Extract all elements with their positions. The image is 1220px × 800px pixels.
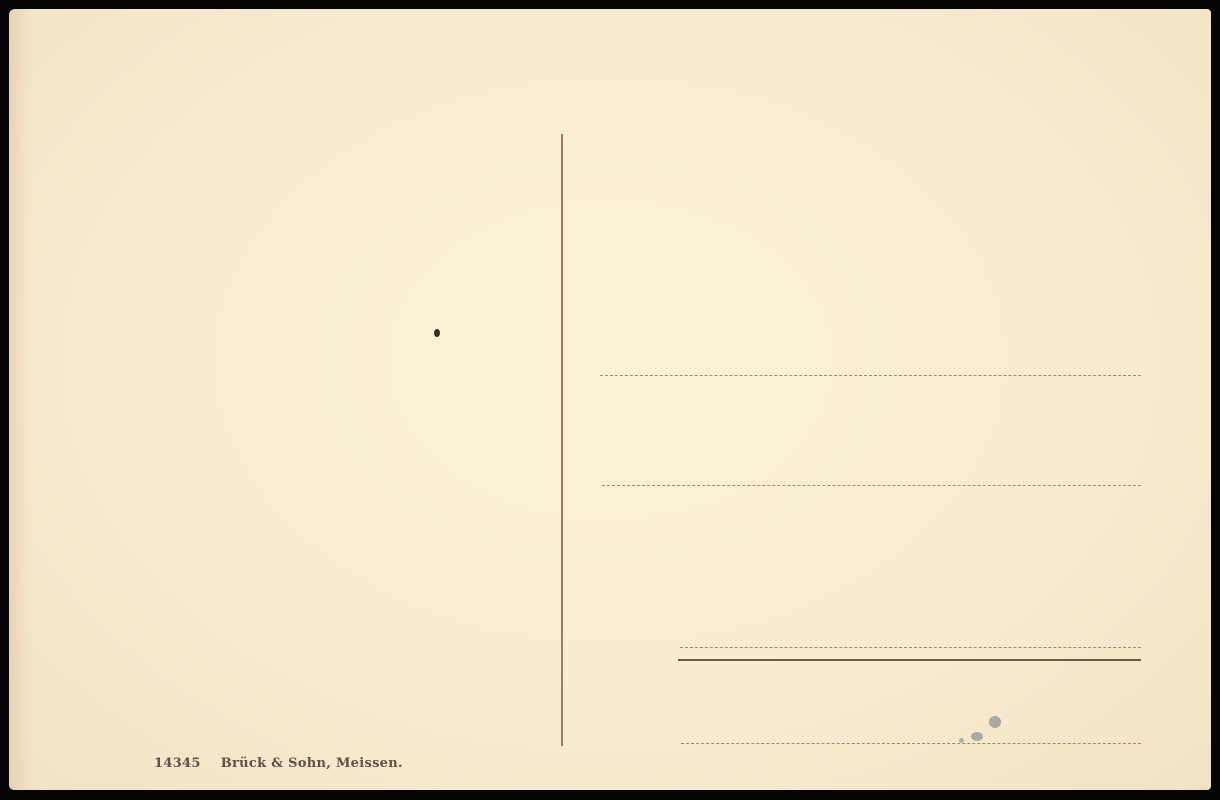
address-line-4 — [681, 743, 1141, 744]
stain-spot — [989, 716, 1001, 728]
stain-spot — [971, 732, 983, 741]
postcard-back: 14345Brück & Sohn, Meissen. — [9, 9, 1211, 790]
ink-spot — [434, 329, 440, 337]
message-address-divider — [561, 134, 563, 746]
card-number: 14345 — [154, 756, 201, 771]
publisher-name: Brück & Sohn, Meissen. — [221, 756, 403, 771]
publisher-imprint: 14345Brück & Sohn, Meissen. — [154, 756, 403, 771]
stain-spot — [959, 738, 964, 743]
address-line-2 — [602, 485, 1141, 486]
address-line-1 — [600, 375, 1141, 376]
address-line-solid — [678, 659, 1141, 661]
address-line-3 — [680, 647, 1141, 648]
